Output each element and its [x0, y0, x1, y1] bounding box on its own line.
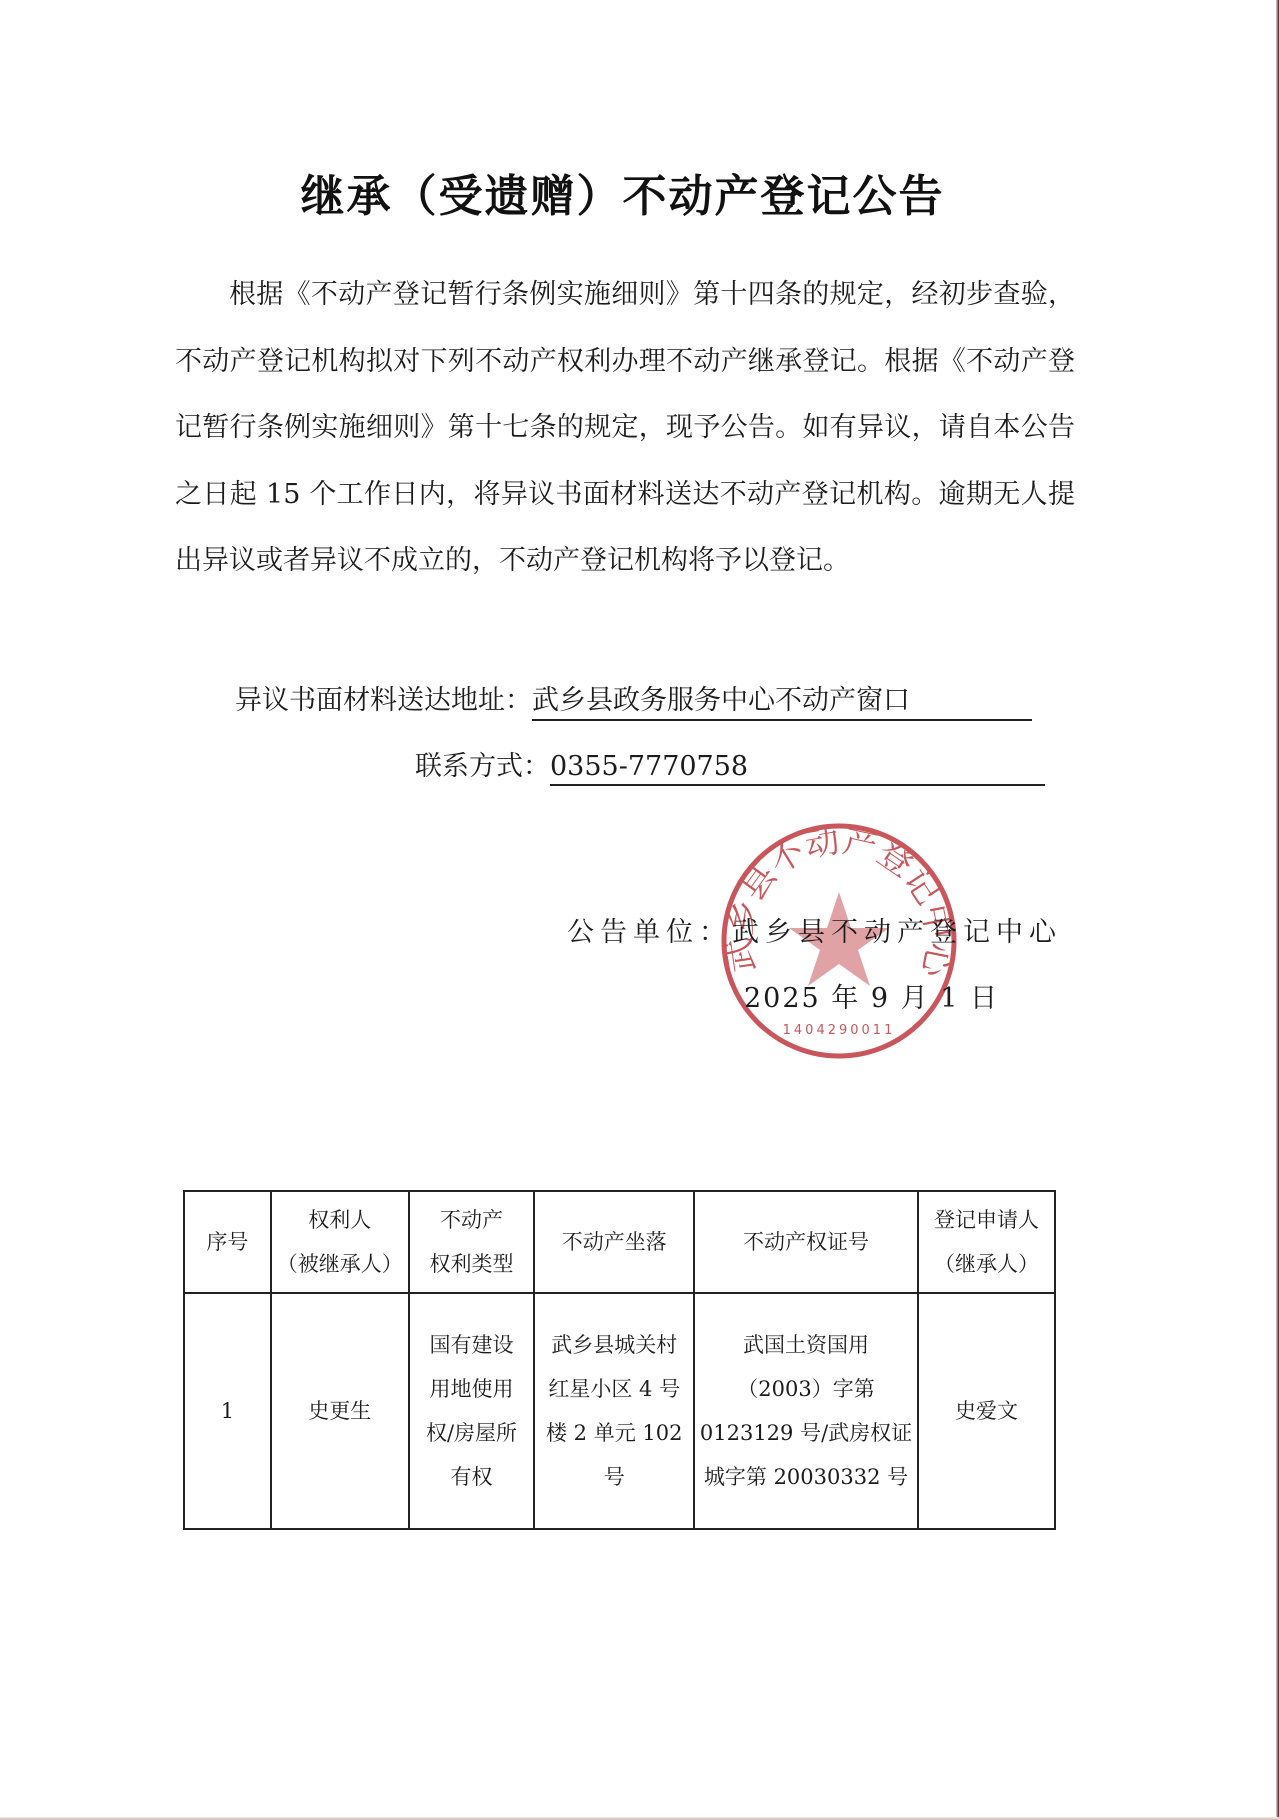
objection-address-row: 异议书面材料送达地址： 武乡县政务服务中心不动产窗口 — [235, 678, 1032, 721]
header-index: 序号 — [184, 1191, 271, 1293]
header-certificate-no: 不动产权证号 — [694, 1191, 918, 1293]
contact-label: 联系方式： — [415, 744, 550, 783]
table-header-row: 序号 权利人 （被继承人） 不动产 权利类型 不动产坐落 不动产权证号 登记申请… — [184, 1191, 1055, 1293]
issue-date: 2025 年 9 月 1 日 — [744, 976, 999, 1015]
cell-certificate-no: 武国土资国用 （2003）字第 0123129 号/武房权证 城字第 20030… — [694, 1293, 918, 1529]
issuer-label: 公告单位： — [567, 917, 732, 948]
header-applicant: 登记申请人 （继承人） — [918, 1191, 1055, 1293]
inheritance-registry-table: 序号 权利人 （被继承人） 不动产 权利类型 不动产坐落 不动产权证号 登记申请… — [183, 1190, 1056, 1530]
header-right-type: 不动产 权利类型 — [409, 1191, 535, 1293]
seal-code: 1404290011 — [783, 1023, 896, 1038]
table-row: 1 史更生 国有建设 用地使用 权/房屋所 有权 武乡县城关村 红星小区 4 号… — [184, 1293, 1055, 1529]
objection-address-value: 武乡县政务服务中心不动产窗口 — [532, 678, 1032, 721]
header-location: 不动产坐落 — [534, 1191, 694, 1293]
cell-right-type: 国有建设 用地使用 权/房屋所 有权 — [409, 1293, 535, 1529]
issuer-line: 公告单位：武乡县不动产登记中心 — [567, 910, 1062, 949]
cell-index: 1 — [184, 1293, 271, 1529]
page-title: 继承（受遗赠）不动产登记公告 — [0, 160, 1245, 224]
header-right-holder: 权利人 （被继承人） — [271, 1191, 409, 1293]
issuer-name: 武乡县不动产登记中心 — [732, 917, 1062, 948]
cell-applicant: 史爱文 — [918, 1293, 1055, 1529]
contact-row: 联系方式： 0355-7770758 — [415, 744, 1045, 786]
objection-address-label: 异议书面材料送达地址： — [235, 678, 532, 717]
cell-right-holder: 史更生 — [271, 1293, 409, 1529]
notice-body-paragraph: 根据《不动产登记暂行条例实施细则》第十四条的规定，经初步查验，不动产登记机构拟对… — [175, 262, 1075, 595]
cell-location: 武乡县城关村 红星小区 4 号 楼 2 单元 102 号 — [534, 1293, 694, 1529]
contact-phone-value: 0355-7770758 — [550, 751, 1045, 786]
